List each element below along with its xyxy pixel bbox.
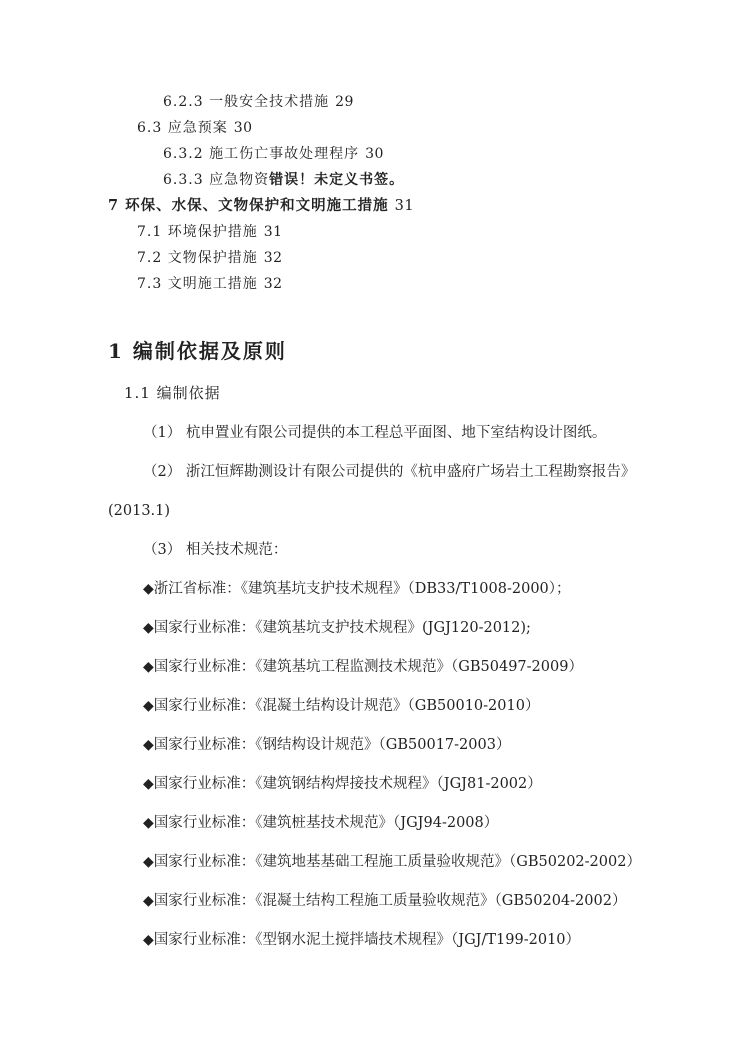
- paragraph-3: （3） 相关技术规范：: [143, 531, 654, 570]
- diamond-bullet-icon: ◆: [143, 843, 154, 882]
- toc-entry-label: 6.3.3 应急物资: [163, 172, 269, 188]
- toc-page-number: 32: [258, 250, 283, 266]
- subsection-heading: 1.1 编制依据: [124, 380, 654, 406]
- toc-entry-6-3-3[interactable]: 6.3.3 应急物资错误！未定义书签。: [163, 167, 654, 193]
- standard-item: ◆国家行业标准：《建筑基坑工程监测技术规范》（GB50497-2009）: [143, 648, 654, 687]
- standard-item: ◆国家行业标准：《混凝土结构工程施工质量验收规范》（GB50204-2002）: [143, 882, 654, 921]
- toc-page-number: 31: [389, 198, 414, 214]
- standard-item: ◆国家行业标准：《建筑桩基技术规范》（JGJ94-2008）: [143, 804, 654, 843]
- standard-item-text: 国家行业标准：《混凝土结构设计规范》（GB50010-2010）: [154, 698, 540, 714]
- diamond-bullet-icon: ◆: [143, 648, 154, 687]
- toc-entry-label: 7.2 文物保护措施: [137, 250, 258, 266]
- diamond-bullet-icon: ◆: [143, 570, 154, 609]
- diamond-bullet-icon: ◆: [143, 882, 154, 921]
- standard-item-text: 国家行业标准：《混凝土结构工程施工质量验收规范》（GB50204-2002）: [154, 893, 627, 909]
- standard-item: ◆国家行业标准：《建筑基坑支护技术规程》(JGJ120-2012);: [143, 609, 654, 648]
- document-page: 6.2.3 一般安全技术措施29 6.3 应急预案30 6.3.2 施工伤亡事故…: [0, 0, 744, 1052]
- standard-item: ◆国家行业标准：《建筑钢结构焊接技术规程》（JGJ81-2002）: [143, 765, 654, 804]
- toc-entry-7-3[interactable]: 7.3 文明施工措施32: [137, 271, 654, 297]
- standard-item-text: 国家行业标准：《建筑基坑工程监测技术规范》（GB50497-2009）: [154, 659, 583, 675]
- toc-entry-label: 7.3 文明施工措施: [137, 276, 258, 292]
- section-body: （1） 杭申置业有限公司提供的本工程总平面图、地下室结构设计图纸。 （2） 浙江…: [108, 414, 654, 960]
- diamond-bullet-icon: ◆: [143, 609, 154, 648]
- diamond-bullet-icon: ◆: [143, 804, 154, 843]
- standard-item-text: 国家行业标准：《建筑钢结构焊接技术规程》（JGJ81-2002）: [154, 776, 542, 792]
- standard-item: ◆国家行业标准：《钢结构设计规范》（GB50017-2003）: [143, 726, 654, 765]
- standard-item: ◆国家行业标准：《混凝土结构设计规范》（GB50010-2010）: [143, 687, 654, 726]
- toc-page-number: 29: [329, 94, 354, 110]
- toc-entry-6-3[interactable]: 6.3 应急预案30: [137, 115, 654, 141]
- toc-page-number: 32: [258, 276, 283, 292]
- toc-entry-label: 6.2.3 一般安全技术措施: [163, 94, 329, 110]
- toc-entry-label: 7.1 环境保护措施: [137, 224, 258, 240]
- paragraph-1: （1） 杭申置业有限公司提供的本工程总平面图、地下室结构设计图纸。: [143, 414, 654, 453]
- toc-entry-label: 7 环保、水保、文物保护和文明施工措施: [108, 197, 389, 214]
- toc-entry-7[interactable]: 7 环保、水保、文物保护和文明施工措施31: [108, 193, 654, 219]
- standard-item-text: 国家行业标准：《建筑地基基础工程施工质量验收规范》（GB50202-2002）: [154, 854, 641, 870]
- toc-entry-label: 6.3 应急预案: [137, 120, 228, 136]
- paragraph-2-line-2: (2013.1): [108, 492, 654, 531]
- toc-entry-6-2-3[interactable]: 6.2.3 一般安全技术措施29: [163, 89, 654, 115]
- toc-entry-7-1[interactable]: 7.1 环境保护措施31: [137, 219, 654, 245]
- bookmark-error-text: 错误！未定义书签。: [269, 172, 404, 188]
- diamond-bullet-icon: ◆: [143, 921, 154, 960]
- standard-item: ◆国家行业标准：《型钢水泥土搅拌墙技术规程》（JGJ/T199-2010）: [143, 921, 654, 960]
- diamond-bullet-icon: ◆: [143, 765, 154, 804]
- toc-entry-6-3-2[interactable]: 6.3.2 施工伤亡事故处理程序30: [163, 141, 654, 167]
- toc-entry-7-2[interactable]: 7.2 文物保护措施32: [137, 245, 654, 271]
- toc-entry-label: 6.3.2 施工伤亡事故处理程序: [163, 146, 359, 162]
- standard-item: ◆浙江省标准：《建筑基坑支护技术规程》（DB33/T1008-2000）；: [143, 570, 654, 609]
- section-heading: 1 编制依据及原则: [108, 336, 654, 366]
- paragraph-2-line-1: （2） 浙江恒辉勘测设计有限公司提供的《杭申盛府广场岩土工程勘察报告》: [143, 453, 654, 492]
- toc-page-number: 30: [228, 120, 253, 136]
- standard-item-text: 国家行业标准：《建筑基坑支护技术规程》(JGJ120-2012);: [154, 620, 531, 636]
- toc-page-number: 30: [359, 146, 384, 162]
- standard-item-text: 国家行业标准：《钢结构设计规范》（GB50017-2003）: [154, 737, 511, 753]
- standard-item-text: 浙江省标准：《建筑基坑支护技术规程》（DB33/T1008-2000）；: [154, 581, 571, 597]
- standard-item: ◆国家行业标准：《建筑地基基础工程施工质量验收规范》（GB50202-2002）: [143, 843, 654, 882]
- diamond-bullet-icon: ◆: [143, 687, 154, 726]
- toc-page-number: 31: [258, 224, 283, 240]
- diamond-bullet-icon: ◆: [143, 726, 154, 765]
- table-of-contents: 6.2.3 一般安全技术措施29 6.3 应急预案30 6.3.2 施工伤亡事故…: [108, 89, 654, 297]
- standard-item-text: 国家行业标准：《建筑桩基技术规范》（JGJ94-2008）: [154, 815, 498, 831]
- standard-item-text: 国家行业标准：《型钢水泥土搅拌墙技术规程》（JGJ/T199-2010）: [154, 932, 580, 948]
